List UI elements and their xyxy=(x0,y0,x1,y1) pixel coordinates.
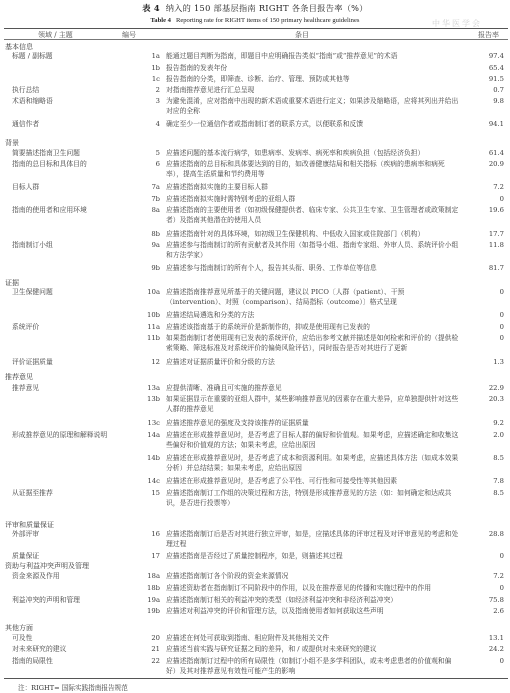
row-report-rate: 8.5 xyxy=(464,489,504,499)
row-report-rate: 0 xyxy=(464,657,504,667)
row-report-rate: 9.8 xyxy=(464,97,504,107)
row-report-rate: 0 xyxy=(464,584,504,594)
row-topic: 卫生保健问题 xyxy=(12,288,137,298)
row-topic: 执行总结 xyxy=(12,86,137,96)
row-item-text: 确定至少一位通信作者或指南制订者的联系方式，以便联系和反馈 xyxy=(166,120,461,130)
row-item-text: 对指南推荐意见进行汇总呈现 xyxy=(166,86,461,96)
row-item-text: 应描述在形成推荐意见时，是否考虑了成本和资源利用。如果考虑，应描述具体方法（如成… xyxy=(166,454,461,473)
row-report-rate: 75.8 xyxy=(464,596,504,606)
row-item-text: 应描述指南制订后是否对其进行独立评审，如是，应描述具体的评审过程及对评审意见的考… xyxy=(166,530,461,549)
row-item-text: 应描述在形成推荐意见时，是否考虑了目标人群的偏好和价值观。如果考虑，应描述确定和… xyxy=(166,431,461,450)
row-report-rate: 13.1 xyxy=(464,634,504,644)
row-report-rate: 9.2 xyxy=(464,419,504,429)
section-label: 资助与利益冲突声明及管理 xyxy=(5,561,89,571)
section-label: 背景 xyxy=(5,138,19,148)
row-report-rate: 91.5 xyxy=(464,75,504,85)
row-item-text: 如果指南制订者使用现有已发表的系统评价，应给出参考文献并描述是如何检索和评价的（… xyxy=(166,334,461,353)
row-report-rate: 8.5 xyxy=(464,454,504,464)
row-item-number: 8a xyxy=(140,206,162,216)
row-report-rate: 20.9 xyxy=(464,160,504,170)
row-report-rate: 17.7 xyxy=(464,230,504,240)
row-report-rate: 2.6 xyxy=(464,607,504,617)
row-report-rate: 0 xyxy=(464,334,504,344)
row-report-rate: 0 xyxy=(464,195,504,205)
row-item-text: 应描述指南的总目标和具体要达到的目的，如改善健康结局和相关指标（疾病的患病率和病… xyxy=(166,160,461,179)
row-item-text: 应描述指南制订工作组的决策过程和方法，特别是形成推荐意见的方法（如：如何确定和达… xyxy=(166,489,461,508)
row-item-number: 11b xyxy=(140,334,162,344)
row-topic: 形成推荐意见的原理和解释说明 xyxy=(12,431,137,441)
row-topic: 利益冲突的声明和管理 xyxy=(12,596,137,606)
row-item-number: 13c xyxy=(140,419,162,429)
row-item-text: 应描述该指南基于的系统评价是新制作的，抑或是使用现有已发表的 xyxy=(166,323,461,333)
row-item-text: 报告指南的发表年份 xyxy=(166,64,461,74)
row-topic: 资金来源及作用 xyxy=(12,572,137,582)
row-item-text: 应描述指南推荐意见所基于的关键问题，建议以 PICO〔人群（patient）、干… xyxy=(166,288,461,307)
row-report-rate: 7.2 xyxy=(464,183,504,193)
row-item-number: 10b xyxy=(140,311,162,321)
row-item-number: 9a xyxy=(140,241,162,251)
row-item-number: 14b xyxy=(140,454,162,464)
table-caption-cn: 表 4 纳入的 150 部基层指南 RIGHT 各条目报告率（%） xyxy=(0,3,510,14)
row-item-number: 11a xyxy=(140,323,162,333)
row-report-rate: 0 xyxy=(464,323,504,333)
row-item-text: 应描述参与指南制订的所有贡献者及其作用（如指导小组、指南专家组、外审人员、系统评… xyxy=(166,241,461,260)
table-bottom-rule xyxy=(4,678,508,679)
row-item-text: 应描述指南针对的具体环境，如初级卫生保健机构、中低收入国家或住院部门（机构） xyxy=(166,230,461,240)
row-item-number: 14a xyxy=(140,431,162,441)
row-item-text: 应描述指南制订各个阶段的资金来源情况 xyxy=(166,572,461,582)
row-topic: 从证据至推荐 xyxy=(12,489,137,499)
row-topic: 可及性 xyxy=(12,634,137,644)
row-report-rate: 2.0 xyxy=(464,431,504,441)
row-item-text: 应描述资助者在指南制订不同阶段中的作用，以及在推荐意见的传播和实施过程中的作用 xyxy=(166,584,461,594)
row-item-number: 16 xyxy=(140,530,162,540)
row-item-text: 应描述指南拟实施的主要目标人群 xyxy=(166,183,461,193)
row-report-rate: 61.4 xyxy=(464,149,504,159)
row-item-number: 2 xyxy=(140,86,162,96)
row-item-number: 21 xyxy=(140,645,162,655)
row-item-number: 13b xyxy=(140,395,162,405)
row-item-text: 应描述结局遴选和分类的方法 xyxy=(166,311,461,321)
row-item-number: 8b xyxy=(140,230,162,240)
table-label-en: Table 4 xyxy=(151,17,171,24)
row-topic: 标题 / 副标题 xyxy=(12,52,137,62)
row-report-rate: 0.7 xyxy=(464,86,504,96)
row-report-rate: 7.8 xyxy=(464,477,504,487)
row-item-text: 应描述推荐意见的强度及支持该推荐的证据质量 xyxy=(166,419,461,429)
row-item-number: 10a xyxy=(140,288,162,298)
row-item-number: 9b xyxy=(140,264,162,274)
row-item-text: 应描述指南制订过程中的所有局限性（如制订小组不是多学科团队，或未考虑患者的价值观… xyxy=(166,657,461,676)
row-item-text: 能通过题目判断为指南，即题目中应明确报告类似“指南”或“推荐意见”的术语 xyxy=(166,52,461,62)
row-item-text: 应描述参与指南制订的所有个人，报告其头衔、职务、工作单位等信息 xyxy=(166,264,461,274)
row-item-text: 为避免混淆，应对指南中出现的新术语或重要术语进行定义；如果涉及缩略语，应将其列出… xyxy=(166,97,461,116)
row-report-rate: 1.3 xyxy=(464,358,504,368)
row-item-number: 7a xyxy=(140,183,162,193)
row-item-number: 17 xyxy=(140,552,162,562)
row-item-number: 18a xyxy=(140,572,162,582)
row-report-rate: 97.4 xyxy=(464,52,504,62)
row-report-rate: 22.9 xyxy=(464,384,504,394)
row-report-rate: 7.2 xyxy=(464,572,504,582)
row-item-text: 如果证据显示在重要的亚组人群中，某些影响推荐意见的因素存在重大差异，应单独提供针… xyxy=(166,395,461,414)
section-label: 评审和质量保证 xyxy=(5,520,54,530)
row-item-number: 6 xyxy=(140,160,162,170)
row-report-rate: 19.6 xyxy=(464,206,504,216)
section-label: 其他方面 xyxy=(5,623,33,633)
row-item-number: 14c xyxy=(140,477,162,487)
row-report-rate: 24.2 xyxy=(464,645,504,655)
row-item-text: 应描述问题的基本流行病学，如患病率、发病率、病死率和疾病负担（包括经济负担） xyxy=(166,149,461,159)
section-label: 基本信息 xyxy=(5,42,33,52)
row-item-text: 报告指南的分类，即筛查、诊断、治疗、管理、预防或其他等 xyxy=(166,75,461,85)
row-topic: 指南的使用者和应用环境 xyxy=(12,206,137,216)
table-note: 注：RIGHT= 国际实践指南报告规范 xyxy=(18,682,128,692)
section-label: 证据 xyxy=(5,278,19,288)
row-topic: 指南的总目标和具体目的 xyxy=(12,160,137,170)
row-item-number: 1c xyxy=(140,75,162,85)
row-item-number: 12 xyxy=(140,358,162,368)
table-title-en: Reporting rate for RIGHT items of 150 pr… xyxy=(176,17,360,24)
row-topic: 推荐意见 xyxy=(12,384,137,394)
row-item-number: 1b xyxy=(140,64,162,74)
row-item-number: 18b xyxy=(140,584,162,594)
row-item-text: 应描述在何处可获取到指南、相应附件及其他相关文件 xyxy=(166,634,461,644)
row-item-text: 应描述对利益冲突的评价和管理方法，以及指南使用者如何获取这些声明 xyxy=(166,607,461,617)
row-item-text: 应提供清晰、准确且可实施的推荐意见 xyxy=(166,384,461,394)
table-title-cn: 纳入的 150 部基层指南 RIGHT 各条目报告率（%） xyxy=(166,3,368,13)
row-report-rate: 81.7 xyxy=(464,264,504,274)
row-topic: 外部评审 xyxy=(12,530,137,540)
row-item-number: 1a xyxy=(140,52,162,62)
row-report-rate: 20.3 xyxy=(464,395,504,405)
row-item-text: 应描述指南拟实施时需特别考虑的亚组人群 xyxy=(166,195,461,205)
table-header-rule xyxy=(4,39,508,40)
row-topic: 系统评价 xyxy=(12,323,137,333)
row-topic: 简要描述指南卫生问题 xyxy=(12,149,137,159)
row-report-rate: 0 xyxy=(464,552,504,562)
row-topic: 术语和缩略语 xyxy=(12,97,137,107)
table-top-rule xyxy=(4,28,508,29)
row-item-number: 22 xyxy=(140,657,162,667)
row-item-number: 15 xyxy=(140,489,162,499)
row-topic: 指南制订小组 xyxy=(12,241,137,251)
row-topic: 指南的局限性 xyxy=(12,657,137,667)
row-item-number: 5 xyxy=(140,149,162,159)
row-report-rate: 65.4 xyxy=(464,64,504,74)
row-item-number: 19a xyxy=(140,596,162,606)
row-item-text: 应描述当前实践与研究证据之间的差异，和 / 或提供对未来研究的建议 xyxy=(166,645,461,655)
row-report-rate: 28.8 xyxy=(464,530,504,540)
row-topic: 质量保证 xyxy=(12,552,137,562)
row-topic: 通信作者 xyxy=(12,120,137,130)
row-item-number: 20 xyxy=(140,634,162,644)
row-topic: 对未来研究的建议 xyxy=(12,645,137,655)
row-item-text: 应描述指南的主要使用者（如初级保健提供者、临床专家、公共卫生专家、卫生管理者或政… xyxy=(166,206,461,225)
row-item-text: 应描述在形成推荐意见时，是否考虑了公平性、可行性和可接受性等其他因素 xyxy=(166,477,461,487)
row-topic: 评价证据质量 xyxy=(12,358,137,368)
row-item-number: 3 xyxy=(140,97,162,107)
section-label: 推荐意见 xyxy=(5,372,33,382)
row-item-number: 7b xyxy=(140,195,162,205)
row-item-text: 应描述对证据质量评价和分级的方法 xyxy=(166,358,461,368)
row-report-rate: 11.8 xyxy=(464,241,504,251)
row-topic: 目标人群 xyxy=(12,183,137,193)
row-item-text: 应描述指南制订相关的利益冲突的类型（如经济利益冲突和非经济利益冲突） xyxy=(166,596,461,606)
table-label-cn: 表 4 xyxy=(142,3,160,13)
row-item-number: 19b xyxy=(140,607,162,617)
row-report-rate: 94.1 xyxy=(464,120,504,130)
row-report-rate: 0 xyxy=(464,288,504,298)
row-item-number: 13a xyxy=(140,384,162,394)
row-item-number: 4 xyxy=(140,120,162,130)
row-item-text: 应描述指南是否经过了质量控制程序，如是，则描述其过程 xyxy=(166,552,461,562)
row-report-rate: 0 xyxy=(464,311,504,321)
